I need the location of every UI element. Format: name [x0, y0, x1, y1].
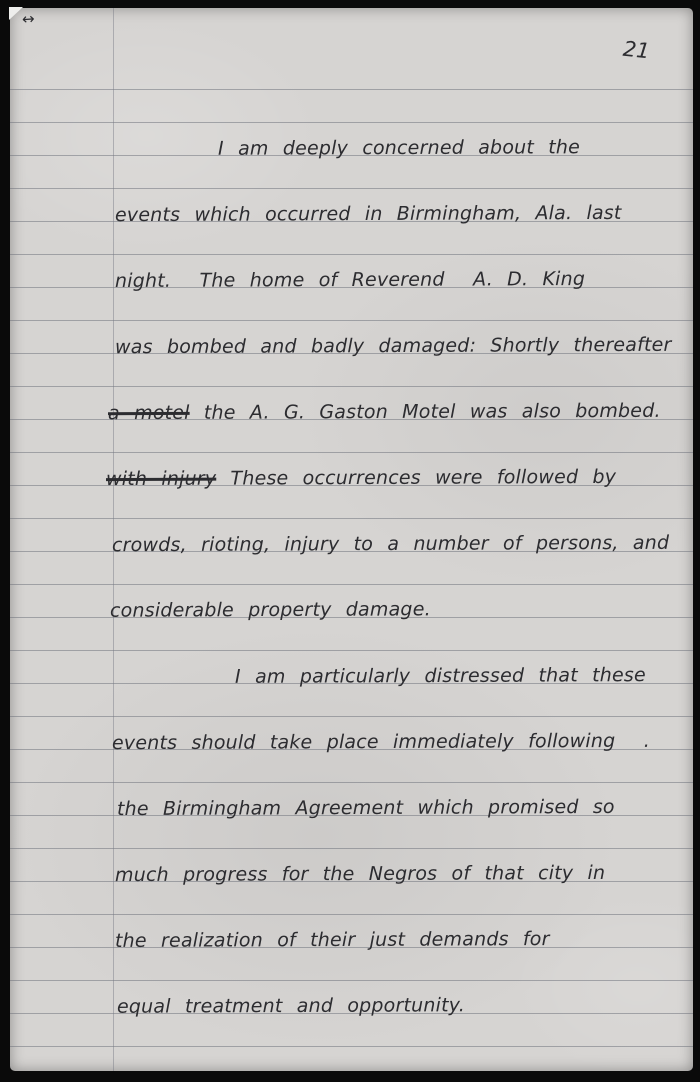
handwritten-line: the realization of their just demands fo… — [115, 926, 550, 954]
text-segment: night. The home of Reverend A. D. King — [115, 268, 585, 292]
text-segment: equal treatment and opportunity. — [117, 994, 465, 1018]
text-segment: I am particularly distressed that these — [235, 664, 646, 688]
text-segment: was bombed and badly damaged: Shortly th… — [115, 334, 672, 358]
handwritten-line: events which occurred in Birmingham, Ala… — [115, 200, 622, 228]
text-segment: I am deeply concerned about the — [218, 136, 580, 160]
text-segment: the Birmingham Agreement which promised … — [117, 796, 615, 820]
handwritten-line: was bombed and badly damaged: Shortly th… — [115, 332, 672, 360]
double-arrow-mark: ↔ — [21, 10, 33, 29]
handwritten-line: a motel the A. G. Gaston Motel was also … — [108, 398, 661, 426]
handwritten-line: night. The home of Reverend A. D. King — [115, 266, 585, 294]
ruled-lines — [10, 89, 693, 1048]
handwritten-line: I am particularly distressed that these — [235, 662, 646, 690]
struck-text: a motel — [108, 402, 190, 424]
handwritten-line: the Birmingham Agreement which promised … — [117, 794, 615, 822]
notepad-page: ↔ 21 I am deeply concerned about theeven… — [10, 8, 693, 1071]
handwritten-line: I am deeply concerned about the — [218, 134, 580, 162]
handwritten-line: equal treatment and opportunity. — [117, 992, 465, 1020]
struck-text: with injury — [106, 468, 216, 490]
page-number: 21 — [622, 37, 651, 64]
text-segment: events should take place immediately fol… — [112, 730, 650, 754]
handwritten-line: with injury These occurrences were follo… — [106, 464, 616, 492]
scanned-page-background: ↔ 21 I am deeply concerned about theeven… — [0, 0, 700, 1082]
text-segment: the A. G. Gaston Motel was also bombed. — [190, 400, 661, 424]
text-segment: considerable property damage. — [110, 598, 431, 621]
handwritten-line: considerable property damage. — [110, 596, 431, 623]
text-segment: the realization of their just demands fo… — [115, 928, 550, 952]
handwritten-line: crowds, rioting, injury to a number of p… — [112, 530, 669, 558]
text-segment: events which occurred in Birmingham, Ala… — [115, 202, 622, 226]
text-segment: These occurrences were followed by — [216, 466, 616, 490]
handwritten-line: events should take place immediately fol… — [112, 728, 650, 756]
handwritten-line: much progress for the Negros of that cit… — [115, 860, 605, 888]
text-segment: much progress for the Negros of that cit… — [115, 862, 605, 886]
text-segment: crowds, rioting, injury to a number of p… — [112, 532, 669, 556]
